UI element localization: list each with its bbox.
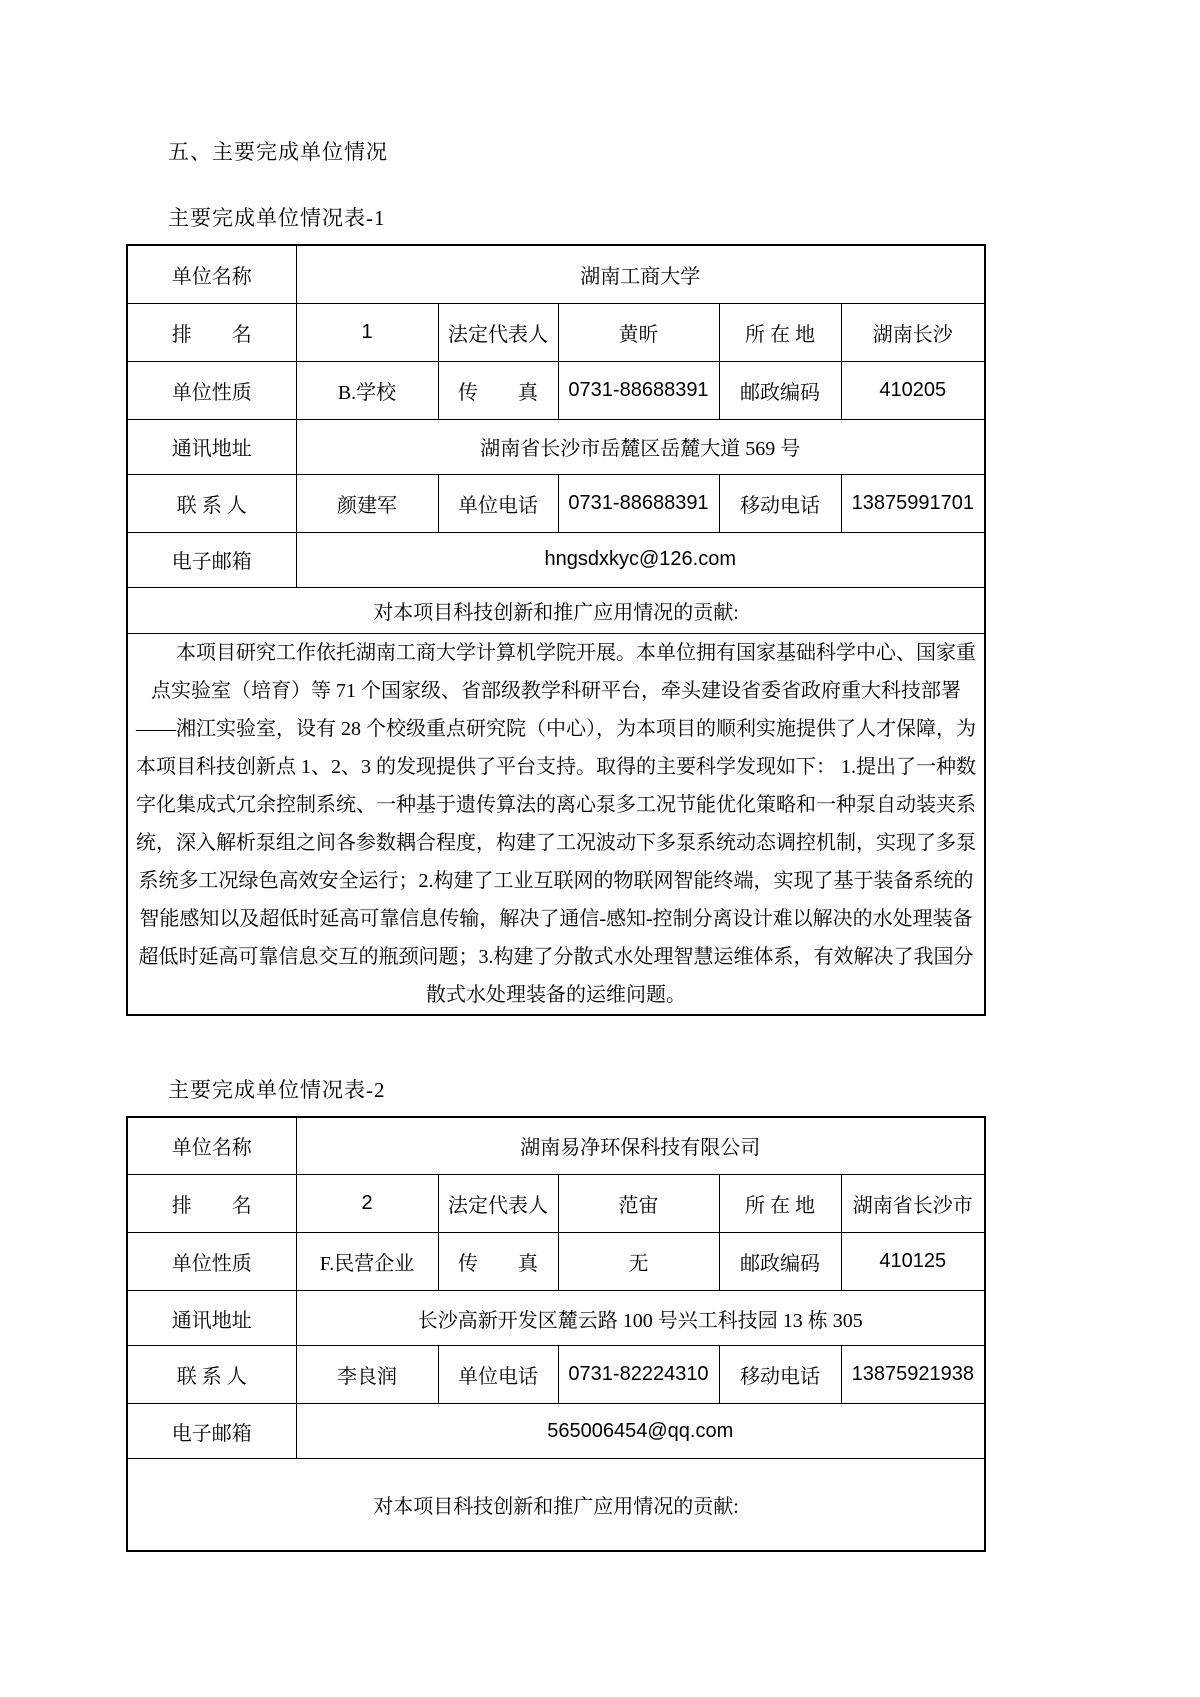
- table-row: 联 系 人 颜建军 单位电话 0731-88688391 移动电话 138759…: [127, 474, 985, 532]
- table-1-caption: 主要完成单位情况表-1: [168, 202, 1200, 232]
- address-label: 通讯地址: [127, 419, 296, 474]
- table-row: 本项目研究工作依托湖南工商大学计算机学院开展。本单位拥有国家基础科学中心、国家重…: [127, 633, 985, 1015]
- table-row: 排 名 2 法定代表人 范宙 所 在 地 湖南省长沙市: [127, 1175, 985, 1233]
- table-row: 单位性质 B.学校 传 真 0731-88688391 邮政编码 410205: [127, 361, 985, 419]
- rank-label: 排 名: [127, 1175, 296, 1233]
- table-row: 对本项目科技创新和推广应用情况的贡献:: [127, 587, 985, 633]
- fax-label: 传 真: [438, 361, 558, 419]
- fax-value: 0731-88688391: [558, 361, 719, 419]
- table-row: 电子邮箱 565006454@qq.com: [127, 1404, 985, 1459]
- unit-phone-value: 0731-88688391: [558, 474, 719, 532]
- unit-name-value: 湖南工商大学: [296, 245, 985, 303]
- mobile-phone-label: 移动电话: [719, 1346, 841, 1404]
- unit-name-label: 单位名称: [127, 245, 296, 303]
- contribution-label: 对本项目科技创新和推广应用情况的贡献:: [127, 587, 985, 633]
- legal-representative-value: 范宙: [558, 1175, 719, 1233]
- postcode-label: 邮政编码: [719, 361, 841, 419]
- postcode-value: 410125: [841, 1233, 985, 1291]
- address-value: 长沙高新开发区麓云路 100 号兴工科技园 13 栋 305: [296, 1291, 985, 1346]
- table-row: 对本项目科技创新和推广应用情况的贡献:: [127, 1459, 985, 1551]
- rank-value: 2: [296, 1175, 438, 1233]
- table-2-caption: 主要完成单位情况表-2: [168, 1074, 1200, 1104]
- postcode-label: 邮政编码: [719, 1233, 841, 1291]
- section-title: 五、主要完成单位情况: [168, 136, 1200, 166]
- unit-table-2: 单位名称 湖南易净环保科技有限公司 排 名 2 法定代表人 范宙 所 在 地 湖…: [126, 1116, 986, 1552]
- fax-label: 传 真: [438, 1233, 558, 1291]
- legal-representative-value: 黄昕: [558, 303, 719, 361]
- unit-nature-value: B.学校: [296, 361, 438, 419]
- fax-value: 无: [558, 1233, 719, 1291]
- email-value: hngsdxkyc@126.com: [296, 532, 985, 587]
- contribution-text: 本项目研究工作依托湖南工商大学计算机学院开展。本单位拥有国家基础科学中心、国家重…: [127, 633, 985, 1015]
- table-row: 通讯地址 长沙高新开发区麓云路 100 号兴工科技园 13 栋 305: [127, 1291, 985, 1346]
- contact-person-value: 李良润: [296, 1346, 438, 1404]
- rank-label: 排 名: [127, 303, 296, 361]
- legal-representative-label: 法定代表人: [438, 1175, 558, 1233]
- location-label: 所 在 地: [719, 303, 841, 361]
- contribution-label: 对本项目科技创新和推广应用情况的贡献:: [127, 1459, 985, 1551]
- address-label: 通讯地址: [127, 1291, 296, 1346]
- document-page: 五、主要完成单位情况 主要完成单位情况表-1 单位名称 湖南工商大学 排 名 1…: [0, 0, 1200, 1552]
- unit-table-1: 单位名称 湖南工商大学 排 名 1 法定代表人 黄昕 所 在 地 湖南长沙 单位…: [126, 244, 986, 1016]
- contact-person-value: 颜建军: [296, 474, 438, 532]
- unit-nature-label: 单位性质: [127, 361, 296, 419]
- table-row: 单位性质 F.民营企业 传 真 无 邮政编码 410125: [127, 1233, 985, 1291]
- table-row: 电子邮箱 hngsdxkyc@126.com: [127, 532, 985, 587]
- table-row: 单位名称 湖南工商大学: [127, 245, 985, 303]
- location-label: 所 在 地: [719, 1175, 841, 1233]
- unit-name-value: 湖南易净环保科技有限公司: [296, 1117, 985, 1175]
- email-label: 电子邮箱: [127, 1404, 296, 1459]
- contact-person-label: 联 系 人: [127, 1346, 296, 1404]
- location-value: 湖南长沙: [841, 303, 985, 361]
- address-value: 湖南省长沙市岳麓区岳麓大道 569 号: [296, 419, 985, 474]
- email-label: 电子邮箱: [127, 532, 296, 587]
- unit-phone-label: 单位电话: [438, 474, 558, 532]
- table-row: 通讯地址 湖南省长沙市岳麓区岳麓大道 569 号: [127, 419, 985, 474]
- unit-nature-label: 单位性质: [127, 1233, 296, 1291]
- unit-phone-value: 0731-82224310: [558, 1346, 719, 1404]
- table-row: 单位名称 湖南易净环保科技有限公司: [127, 1117, 985, 1175]
- unit-name-label: 单位名称: [127, 1117, 296, 1175]
- mobile-phone-value: 13875991701: [841, 474, 985, 532]
- mobile-phone-value: 13875921938: [841, 1346, 985, 1404]
- unit-phone-label: 单位电话: [438, 1346, 558, 1404]
- table-row: 联 系 人 李良润 单位电话 0731-82224310 移动电话 138759…: [127, 1346, 985, 1404]
- email-value: 565006454@qq.com: [296, 1404, 985, 1459]
- mobile-phone-label: 移动电话: [719, 474, 841, 532]
- table-row: 排 名 1 法定代表人 黄昕 所 在 地 湖南长沙: [127, 303, 985, 361]
- location-value: 湖南省长沙市: [841, 1175, 985, 1233]
- postcode-value: 410205: [841, 361, 985, 419]
- legal-representative-label: 法定代表人: [438, 303, 558, 361]
- contact-person-label: 联 系 人: [127, 474, 296, 532]
- unit-nature-value: F.民营企业: [296, 1233, 438, 1291]
- rank-value: 1: [296, 303, 438, 361]
